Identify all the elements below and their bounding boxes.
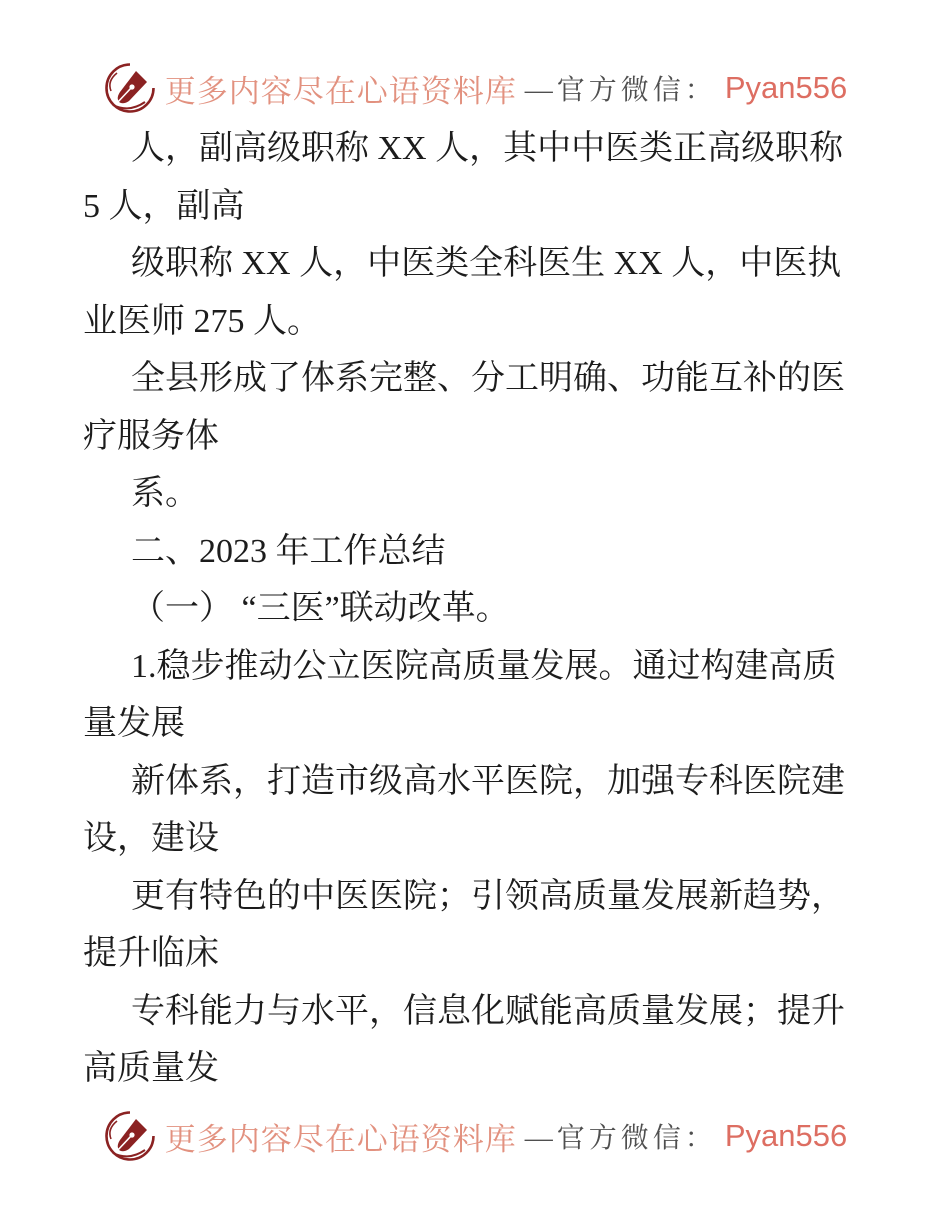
text-line-17: 高质量发 xyxy=(83,1040,870,1098)
header-watermark: 更多内容尽在心语资料库 —官方微信： Pyan556 xyxy=(0,58,950,118)
text-line-11: 量发展 xyxy=(83,695,870,753)
pen-nib-seal-icon xyxy=(103,1109,157,1163)
pen-nib-seal-icon xyxy=(103,61,157,115)
watermark-wechat-id: Pyan556 xyxy=(725,70,847,106)
text-line-16: 专科能力与水平，信息化赋能高质量发展；提升 xyxy=(83,983,870,1041)
text-line-5: 全县形成了体系完整、分工明确、功能互补的医 xyxy=(83,350,870,408)
text-line-2: 5 人，副高 xyxy=(83,178,870,236)
watermark-brand-text: 更多内容尽在心语资料库 xyxy=(165,1114,517,1159)
text-line-6: 疗服务体 xyxy=(83,408,870,466)
text-line-4: 业医师 275 人。 xyxy=(83,293,870,351)
text-line-9: （一） “三医”联动改革。 xyxy=(83,580,870,638)
text-line-7: 系。 xyxy=(83,465,870,523)
text-line-15: 提升临床 xyxy=(83,925,870,983)
text-line-3: 级职称 XX 人，中医类全科医生 XX 人，中医执 xyxy=(83,235,870,293)
document-page: 更多内容尽在心语资料库 —官方微信： Pyan556 人，副高级职称 XX 人，… xyxy=(0,0,950,1230)
text-line-10: 1.稳步推动公立医院高质量发展。通过构建高质 xyxy=(83,638,870,696)
text-line-14: 更有特色的中医医院；引领高质量发展新趋势， xyxy=(83,868,870,926)
watermark-brand-text: 更多内容尽在心语资料库 xyxy=(165,66,517,111)
text-line-1: 人，副高级职称 XX 人，其中中医类正高级职称 xyxy=(83,120,870,178)
text-line-13: 设，建设 xyxy=(83,810,870,868)
document-body: 人，副高级职称 XX 人，其中中医类正高级职称5 人，副高级职称 XX 人，中医… xyxy=(83,120,870,1098)
text-line-12: 新体系，打造市级高水平医院，加强专科医院建 xyxy=(83,753,870,811)
text-line-8: 二、2023 年工作总结 xyxy=(83,523,870,581)
footer-watermark: 更多内容尽在心语资料库 —官方微信： Pyan556 xyxy=(0,1106,950,1166)
watermark-wechat-id: Pyan556 xyxy=(725,1118,847,1154)
watermark-wechat-label: —官方微信： xyxy=(525,68,717,108)
watermark-wechat-label: —官方微信： xyxy=(525,1116,717,1156)
